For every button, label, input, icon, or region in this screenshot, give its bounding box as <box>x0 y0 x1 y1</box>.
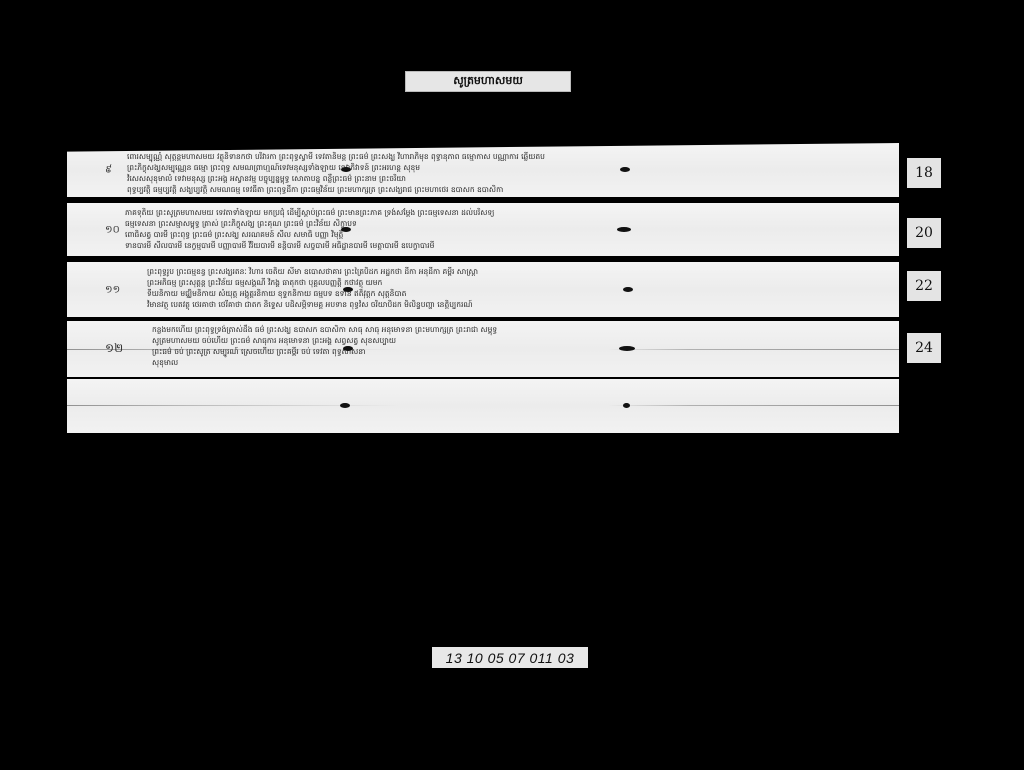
text-line: ធម្មទេសនា ព្រះសម្មាសម្ពុទ្ធ ត្រាស់ ព្រះភ… <box>125 218 895 229</box>
binding-hole <box>341 227 351 232</box>
page-tag: 24 <box>907 333 941 363</box>
palm-leaf-3: ១១ ព្រះពុទ្ធរូប ព្រះធម្មខន្ធ ព្រះសង្ឃរតន… <box>67 262 899 317</box>
text-line: ពុទ្ធប្បវត្តិ ធម្មប្បវត្តិ សង្ឃប្បវត្តិ … <box>127 184 897 195</box>
text-line: ភាគទុតិយ ព្រះសូត្រមហាសមយ ទេវតាទាំងឡាយ មក… <box>125 207 895 218</box>
text-line: សុខុមាល <box>152 357 892 368</box>
page-tag: 22 <box>907 271 941 301</box>
binding-hole <box>623 403 630 408</box>
leaf-text: កន្លងមកហើយ ព្រះពុទ្ធទ្រង់ត្រាស់ដឹង ធម៌ ព… <box>152 324 892 368</box>
palm-leaf-1: ៩ ពោរសម្បុណ្ណំ សុត្តន្តមហាសមយ វត្ថុនិទាន… <box>67 143 899 197</box>
leaf-number: ៩ <box>105 163 112 178</box>
text-line: ពោធិសត្វ បារមី ព្រះពុទ្ធ ព្រះធម៌ ព្រះសង្… <box>125 229 895 240</box>
binding-hole <box>619 346 635 351</box>
catalog-number-label: 13 10 05 07 011 03 <box>432 647 588 668</box>
text-line: ព្រះអភិធម្ម ព្រះសុត្តន្ត ព្រះវិន័យ ធម្មស… <box>147 277 897 288</box>
text-line: ពោរសម្បុណ្ណំ សុត្តន្តមហាសមយ វត្ថុនិទានកថ… <box>127 151 897 162</box>
leaf-number: ១២ <box>105 340 123 358</box>
binding-hole <box>623 287 633 292</box>
binding-hole <box>343 287 353 292</box>
text-line: ព្រះភិក្ខុសង្ឃសម្បុណ្ណេន ធម្មោ ព្រះពុទ្ធ… <box>127 162 897 173</box>
palm-leaf-4: ១២ កន្លងមកហើយ ព្រះពុទ្ធទ្រង់ត្រាស់ដឹង ធម… <box>67 321 899 377</box>
binding-hole <box>617 227 631 232</box>
page-tag: 18 <box>907 158 941 188</box>
text-line: ទីឃនិកាយ មជ្ឈិមនិកាយ សំយុត្ត អង្គុត្តរនិ… <box>147 288 897 299</box>
leaf-number: ១១ <box>105 282 120 297</box>
text-line: វិសេសសុខុមាលំ ទេវាមនុស្ស ព្រះអង្គ អស្វាន… <box>127 173 897 184</box>
text-line: កន្លងមកហើយ ព្រះពុទ្ធទ្រង់ត្រាស់ដឹង ធម៌ ព… <box>152 324 892 335</box>
text-line: ព្រះពុទ្ធរូប ព្រះធម្មខន្ធ ព្រះសង្ឃរតនៈ វ… <box>147 266 897 277</box>
palm-leaf-2: ១០ ភាគទុតិយ ព្រះសូត្រមហាសមយ ទេវតាទាំងឡាយ… <box>67 203 899 256</box>
binding-hole <box>620 167 630 172</box>
text-line: ទានបារមី សីលបារមី នេក្ខម្មបារមី បញ្ញាបារ… <box>125 240 895 251</box>
leaf-text: ភាគទុតិយ ព្រះសូត្រមហាសមយ ទេវតាទាំងឡាយ មក… <box>125 207 895 251</box>
text-line: ព្រះធម៌ ចប់ ព្រះសូត្រ សម្បូរណ៍ ស្រេចហើយ … <box>152 346 892 357</box>
palm-leaf-5-blank <box>67 379 899 433</box>
text-line: វិមានវត្ថុ បេតវត្ថុ ថេរគាថា ថេរីគាថា ជាត… <box>147 299 897 310</box>
binding-hole <box>340 403 350 408</box>
leaf-text: ពោរសម្បុណ្ណំ សុត្តន្តមហាសមយ វត្ថុនិទានកថ… <box>127 151 897 195</box>
leaf-crack <box>67 405 899 406</box>
page-tag: 20 <box>907 218 941 248</box>
leaf-text: ព្រះពុទ្ធរូប ព្រះធម្មខន្ធ ព្រះសង្ឃរតនៈ វ… <box>147 266 897 310</box>
text-line: សូត្រមហាសមយ ចប់ហើយ ព្រះធម៌ សាធុការ អនុមោ… <box>152 335 892 346</box>
leaf-number: ១០ <box>105 222 120 237</box>
manuscript-title-label: សូត្រមហាសមយ <box>405 71 571 92</box>
binding-hole <box>341 167 351 172</box>
binding-hole <box>343 346 353 351</box>
